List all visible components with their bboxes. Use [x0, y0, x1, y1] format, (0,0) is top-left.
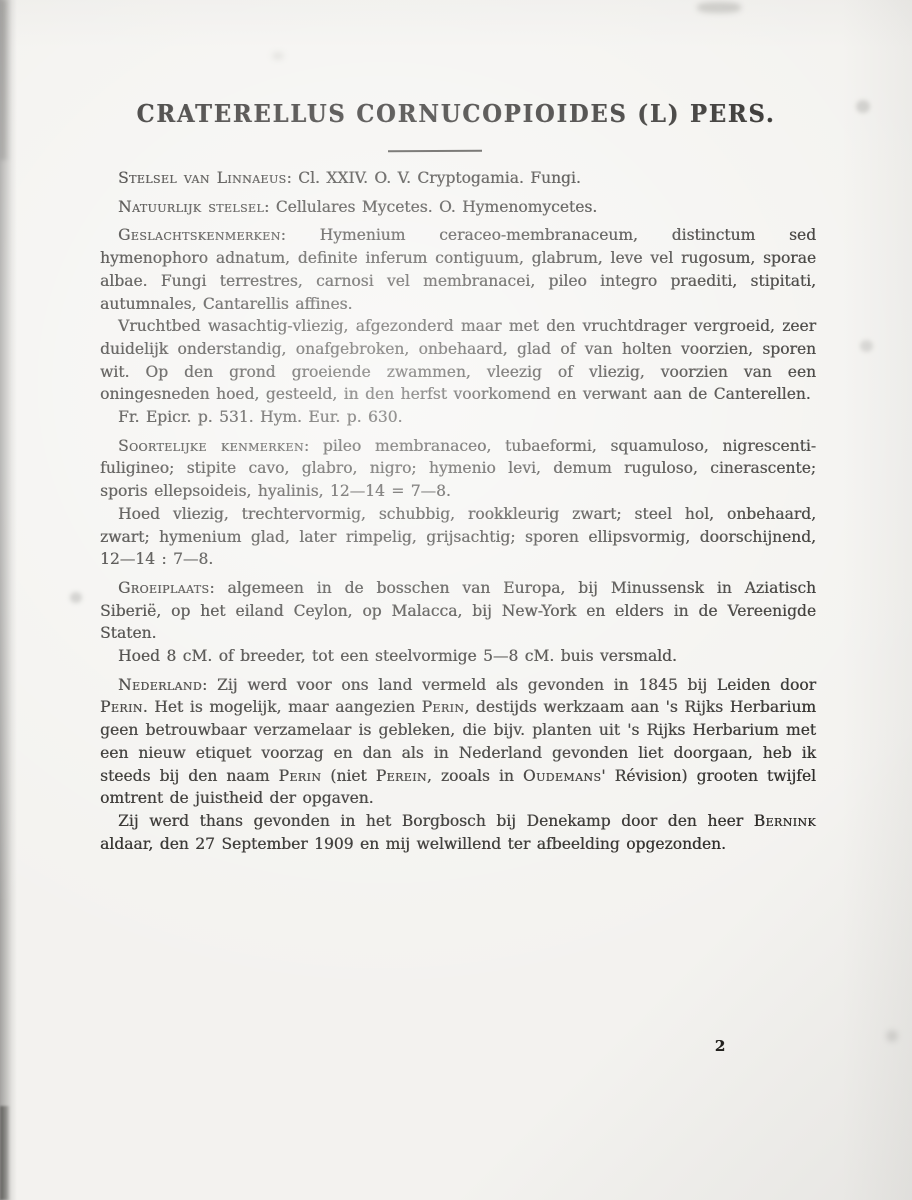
- binding-edge-shadow-top: [0, 0, 10, 160]
- body-text: , zooals in: [427, 767, 523, 785]
- paper-speck: [856, 100, 870, 113]
- paragraph-vruchtbed: Vruchtbed wasachtig-vliezig, afgezonderd…: [100, 315, 816, 406]
- body-text: Fr. Epicr. p. 531. Hym. Eur. p. 630.: [118, 408, 402, 426]
- paragraph-natuurlijk-stelsel: Natuurlijk stelsel: Cellulares Mycetes. …: [100, 196, 816, 219]
- body-text: Hoed 8 cM. of breeder, tot een steelvorm…: [118, 647, 677, 665]
- body-text: Hoed vliezig, trechtervormig, schubbig, …: [100, 505, 816, 568]
- small-caps-text: Perin: [422, 698, 465, 716]
- small-caps-text: Geslachtskenmerken: [118, 226, 281, 244]
- small-caps-text: Perin: [279, 767, 322, 785]
- body-text: Vruchtbed wasachtig-vliezig, afgezonderd…: [100, 317, 816, 403]
- paragraph-referentie: Fr. Epicr. p. 531. Hym. Eur. p. 630.: [100, 406, 816, 429]
- paper-speck: [860, 340, 873, 352]
- paper-speck: [697, 2, 741, 13]
- paper-speck: [272, 52, 284, 60]
- paragraph-hoed-beschrijving: Hoed vliezig, trechtervormig, schubbig, …: [100, 503, 816, 571]
- paragraph-nederland: Nederland: Zij werd voor ons land vermel…: [100, 674, 816, 810]
- scanned-book-page: CRATERELLUS CORNUCOPIOIDES (L) PERS. Ste…: [0, 0, 912, 1200]
- small-caps-text: Nederland: [118, 676, 202, 694]
- body-text: : Zij werd voor ons land vermeld als gev…: [202, 676, 816, 694]
- paper-speck: [70, 592, 82, 603]
- paper-speck: [886, 1030, 898, 1042]
- binding-edge-shadow: [0, 0, 17, 1200]
- binding-edge-shadow-bottom: [0, 1106, 10, 1200]
- page-number: 2: [700, 1037, 740, 1055]
- small-caps-text: Oudemans: [523, 767, 601, 785]
- paragraph-stelsel-linnaeus: Stelsel van Linnaeus: Cl. XXIV. O. V. Cr…: [100, 167, 816, 190]
- paragraph-geslachtskenmerken: Geslachtskenmerken: Hymenium ceraceo-mem…: [100, 224, 816, 315]
- title-divider-rule: [388, 150, 482, 152]
- body-text: : Cl. XXIV. O. V. Cryptogamia. Fungi.: [286, 169, 580, 187]
- small-caps-text: Perein: [376, 767, 427, 785]
- body-text: (niet: [321, 767, 375, 785]
- small-caps-text: Bernink: [754, 812, 816, 830]
- paragraph-soortelijke: Soortelijke kenmerken: pileo membranaceo…: [100, 435, 816, 503]
- small-caps-text: Natuurlijk stelsel: [118, 198, 264, 216]
- small-caps-text: Soortelijke kenmerken: [118, 437, 304, 455]
- small-caps-text: Groeiplaats: [118, 579, 209, 597]
- paragraph-borgbosch: Zij werd thans gevonden in het Borgbosch…: [100, 810, 816, 855]
- body-text: . Het is mogelijk, maar aangezien: [143, 698, 422, 716]
- body-text: Zij werd thans gevonden in het Borgbosch…: [118, 812, 754, 830]
- small-caps-text: Stelsel van Linnaeus: [118, 169, 286, 187]
- body-text: : Cellulares Mycetes. O. Hymenomycetes.: [264, 198, 597, 216]
- page-title: CRATERELLUS CORNUCOPIOIDES (L) PERS.: [119, 99, 792, 128]
- paragraph-hoed-maat: Hoed 8 cM. of breeder, tot een steelvorm…: [100, 645, 816, 668]
- small-caps-text: Perin: [100, 698, 143, 716]
- paragraph-groeiplaats: Groeiplaats: algemeen in de bosschen van…: [100, 577, 816, 645]
- text-block: Stelsel van Linnaeus: Cl. XXIV. O. V. Cr…: [100, 167, 816, 855]
- body-text: aldaar, den 27 September 1909 en mij wel…: [100, 835, 726, 853]
